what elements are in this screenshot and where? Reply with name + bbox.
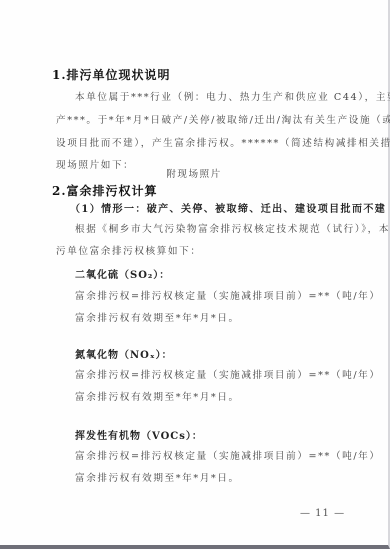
formula-line: 富余排污权=排污权核定量（实施减排项目前）=**（吨/年） xyxy=(75,288,381,302)
pollutant-so2-label: 二氧化硫（SO₂）： xyxy=(75,266,170,281)
validity-line: 富余排污权有效期至*年*月*日。 xyxy=(75,389,240,403)
paragraph-line: 设项目批而不建），产生富余排污权。******（简述结构减排相关措施）。 xyxy=(56,135,390,149)
paragraph-line: 产***。于*年*月*日破产/关停/被取缔/迁出/淘汰有关生产设施（或**建 xyxy=(56,112,390,126)
photo-caption: 附现场照片 xyxy=(0,166,388,180)
validity-line: 富余排污权有效期至*年*月*日。 xyxy=(75,310,240,324)
validity-line: 富余排污权有效期至*年*月*日。 xyxy=(75,470,240,484)
page-number: — 11 — xyxy=(300,508,345,519)
formula-line: 富余排污权=排污权核定量（实施减排项目前）=**（吨/年） xyxy=(75,367,381,381)
document-page: 1.排污单位现状说明 本单位属于***行业（例：电力、热力生产和供应业 C44）… xyxy=(0,0,390,549)
paragraph-line: 污单位富余排污权核算如下： xyxy=(56,243,202,257)
section2-heading: 2.富余排污权计算 xyxy=(52,182,158,199)
paragraph-line: 根据《桐乡市大气污染物富余排污权核定技术规范（试行）》，本排 xyxy=(75,221,390,235)
pollutant-vocs-label: 挥发性有机物（VOCs）： xyxy=(75,427,203,442)
pollutant-nox-label: 氮氧化物（NOₓ）： xyxy=(75,346,173,361)
paragraph-line: 本单位属于***行业（例：电力、热力生产和供应业 C44），主要生 xyxy=(75,89,390,103)
section1-heading: 1.排污单位现状说明 xyxy=(52,66,171,83)
formula-line: 富余排污权=排污权核定量（实施减排项目前）=**（吨/年） xyxy=(75,448,381,462)
case-heading: （1）情形一：破产、关停、被取缔、迁出、建设项目批而不建 xyxy=(70,200,386,215)
